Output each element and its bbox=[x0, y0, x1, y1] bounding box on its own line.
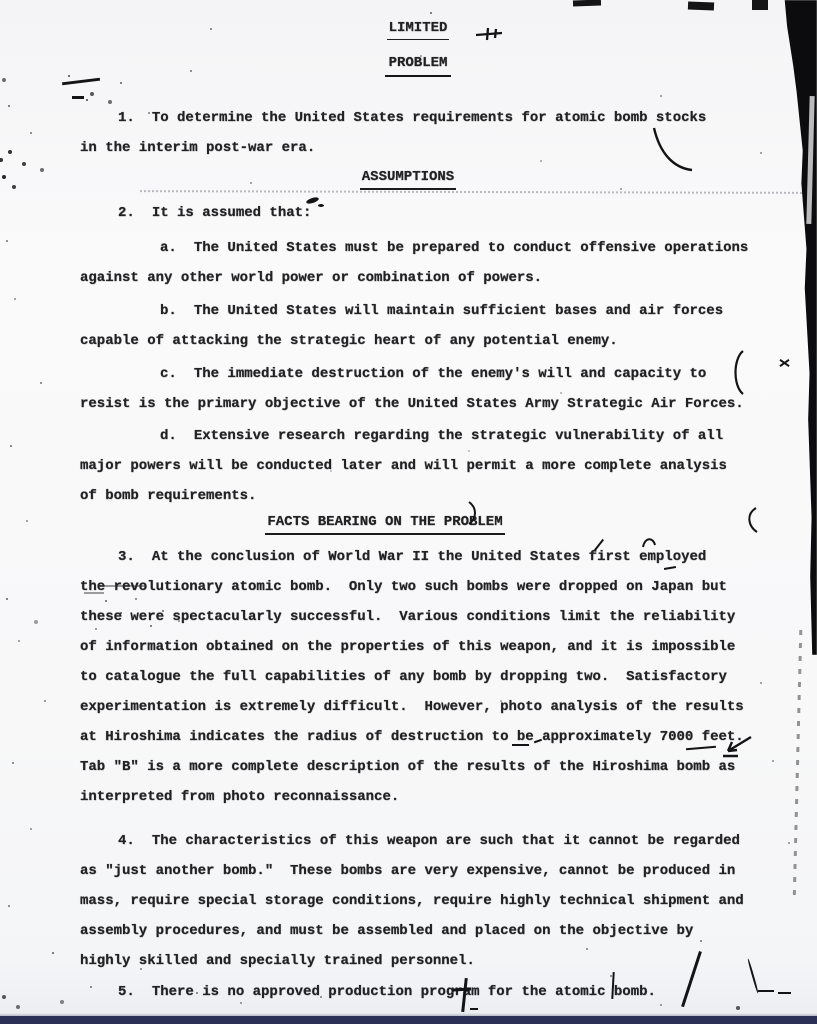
handwritten-arrow bbox=[718, 734, 754, 760]
subparagraph-d-text: Extensive research regarding the strateg… bbox=[80, 428, 727, 504]
subparagraph-a-letter: a. bbox=[160, 240, 177, 256]
subparagraph-a-text: The United States must be prepared to co… bbox=[80, 240, 748, 286]
facts-heading-line: FACTS BEARING ON THE PROBLEM bbox=[80, 512, 756, 535]
bottom-navy-bar bbox=[0, 1016, 817, 1024]
subparagraph-a: a.The United States must be prepared to … bbox=[80, 233, 756, 293]
handwritten-parenthesis bbox=[731, 349, 745, 396]
classification-line: LIMITED bbox=[80, 18, 756, 40]
subparagraph-b-letter: b. bbox=[160, 303, 177, 319]
paragraph-3-text: At the conclusion of World War II the Un… bbox=[80, 549, 744, 805]
problem-heading-line: PROBLEM bbox=[80, 53, 756, 77]
subparagraph-d: d.Extensive research regarding the strat… bbox=[80, 421, 756, 511]
paragraph-4-number: 4. bbox=[118, 833, 135, 849]
section-heading-assumptions: ASSUMPTIONS bbox=[360, 167, 456, 190]
subparagraph-d-letter: d. bbox=[160, 428, 177, 444]
subparagraph-c-letter: c. bbox=[160, 366, 177, 382]
paragraph-2-number: 2. bbox=[118, 205, 135, 221]
pencil-dash bbox=[778, 992, 791, 994]
scanned-document-page: LIMITED PROBLEM 1.To determine the Unite… bbox=[0, 0, 817, 1024]
top-edge-mark bbox=[688, 2, 714, 11]
paragraph-5-text: There is no approved production program … bbox=[152, 984, 656, 1000]
margin-curl-mark bbox=[744, 506, 760, 534]
pencil-dash bbox=[512, 744, 529, 746]
top-edge-mark bbox=[573, 0, 601, 6]
paragraph-2-text: It is assumed that: bbox=[152, 205, 312, 221]
paragraph-3-number: 3. bbox=[118, 549, 135, 565]
subparagraph-c: c.The immediate destruction of the enemy… bbox=[80, 359, 756, 419]
paragraph-5-number: 5. bbox=[118, 984, 135, 1000]
pencil-dash-top-left bbox=[72, 96, 84, 99]
pencil-hook bbox=[641, 535, 657, 549]
ink-blob bbox=[318, 204, 324, 207]
pencil-tick bbox=[470, 1008, 478, 1010]
paragraph-5: 5.There is no approved production progra… bbox=[80, 977, 756, 1007]
faint-strike bbox=[100, 585, 146, 587]
paragraph-4-text: The characteristics of this weapon are s… bbox=[80, 833, 744, 969]
ink-blotches bbox=[0, 0, 4, 4]
paragraph-2: 2.It is assumed that: bbox=[80, 198, 756, 228]
section-heading-problem: PROBLEM bbox=[385, 53, 452, 77]
paragraph-1-text: To determine the United States requireme… bbox=[80, 110, 706, 156]
subparagraph-c-text: The immediate destruction of the enemy's… bbox=[80, 366, 744, 412]
faint-strike bbox=[84, 592, 104, 594]
handwritten-paren-after-heading bbox=[467, 500, 479, 526]
paragraph-3: 3.At the conclusion of World War II the … bbox=[80, 542, 756, 812]
paragraph-1-number: 1. bbox=[118, 110, 135, 126]
arrow-mark-near-problem bbox=[474, 26, 506, 42]
scan-edge-speckle-tail bbox=[793, 630, 803, 900]
top-edge-mark bbox=[752, 0, 768, 10]
classification-heading: LIMITED bbox=[387, 18, 450, 40]
subparagraph-b: b.The United States will maintain suffic… bbox=[80, 296, 756, 356]
pencil-dash bbox=[758, 990, 774, 992]
paragraph-4: 4.The characteristics of this weapon are… bbox=[80, 826, 756, 976]
curve-mark-top-right bbox=[650, 124, 694, 174]
